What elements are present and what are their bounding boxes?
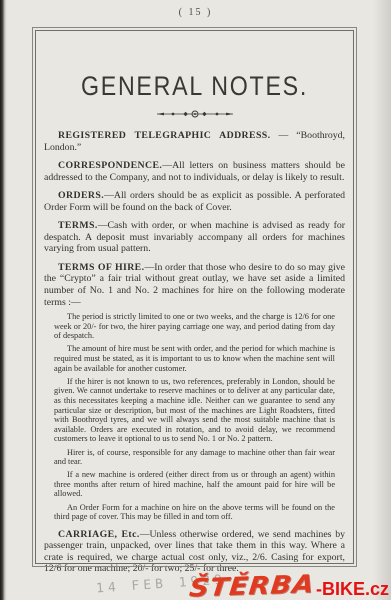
paragraph-body: If the hirer is not known to us, two ref…: [54, 377, 335, 444]
ornament-divider-icon: [156, 109, 234, 119]
hire-term-new-machine: If a new machine is ordered (either dire…: [54, 470, 335, 499]
paragraph-terms-of-hire: TERMS OF HIRE.—In order that those who d…: [44, 262, 345, 308]
paragraph-heading: TERMS OF HIRE.: [58, 262, 144, 273]
watermark-sterba-bike: ŠTĚRBA -BIKE.cz: [188, 574, 389, 600]
paragraph-body: The amount of hire must be sent with ord…: [54, 344, 335, 372]
watermark-brand: ŠTĚRBA: [188, 572, 316, 600]
paragraph-carriage: CARRIAGE, Etc.—Unless otherwise ordered,…: [44, 529, 345, 575]
watermark-suffix: -BIKE.cz: [316, 580, 389, 600]
paragraph-heading: REGISTERED TELEGRAPHIC ADDRESS.: [58, 130, 271, 141]
paragraph-heading: TERMS.: [58, 220, 98, 231]
paragraph-heading: CARRIAGE, Etc.: [58, 529, 140, 540]
paragraph-body: If a new machine is ordered (either dire…: [54, 470, 335, 498]
scan-edge-shadow: [0, 0, 7, 600]
paragraph-body: The period is strictly limited to one or…: [54, 312, 335, 340]
paragraph-body: Hirer is, of course, responsible for any…: [54, 448, 335, 467]
paragraph-correspondence: CORRESPONDENCE.—All letters on business …: [44, 160, 345, 183]
paragraph-body: An Order Form for a machine on hire on t…: [54, 503, 335, 522]
hire-term-references: If the hirer is not known to us, two ref…: [54, 377, 335, 444]
scanned-page: ( 15 ) GENERAL NOTES. REGISTERED TELEGRA…: [0, 0, 391, 600]
paragraph-terms: TERMS.—Cash with order, or when machine …: [44, 220, 345, 255]
hire-term-amount: The amount of hire must be sent with ord…: [54, 344, 335, 373]
hire-term-damage: Hirer is, of course, responsible for any…: [54, 448, 335, 467]
hire-term-period: The period is strictly limited to one or…: [54, 312, 335, 341]
page-title: GENERAL NOTES.: [65, 71, 324, 102]
paragraph-heading: CORRESPONDENCE.: [58, 160, 162, 171]
paragraph-registered-telegraphic-address: REGISTERED TELEGRAPHIC ADDRESS. — “Booth…: [44, 130, 345, 153]
paragraph-orders: ORDERS.—All orders should be as explicit…: [44, 190, 345, 213]
page-frame: GENERAL NOTES. REGISTERED TELEGRAPHIC AD…: [35, 30, 354, 564]
hire-term-order-form: An Order Form for a machine on hire on t…: [54, 503, 335, 522]
page-number: ( 15 ): [0, 7, 391, 18]
scan-right-shade: [373, 0, 391, 600]
paragraph-heading: ORDERS.: [58, 190, 104, 201]
